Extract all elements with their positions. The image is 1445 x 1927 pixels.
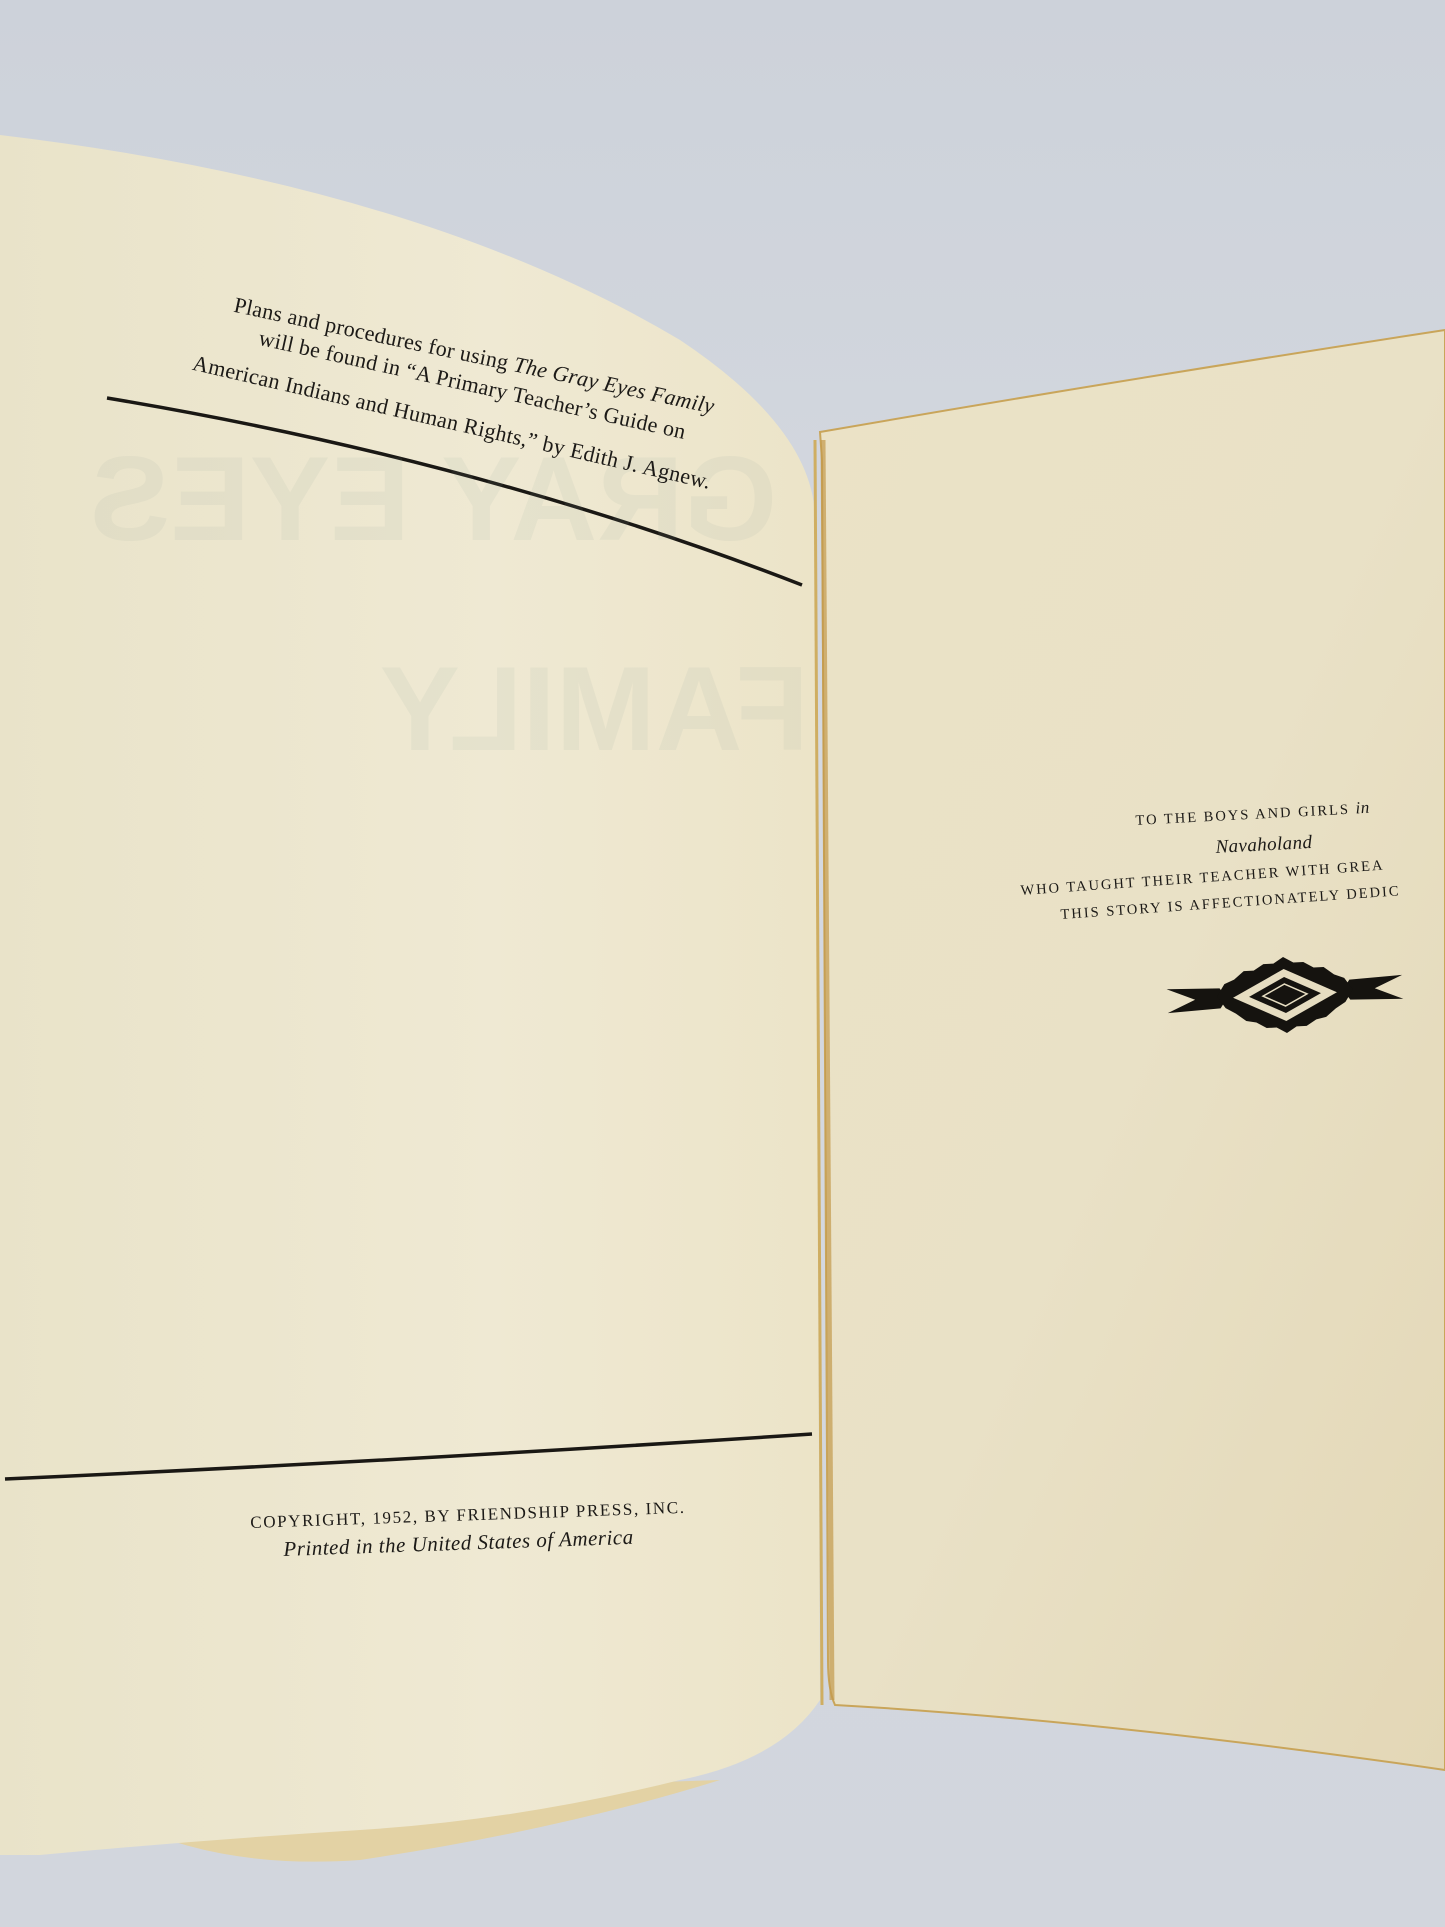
navajo-diamond-ornament-icon — [1165, 955, 1405, 1035]
show-through-text-2: FAMILY — [380, 640, 809, 778]
left-page: GRAY EYES FAMILY Plans and procedures fo… — [0, 0, 830, 1927]
open-book-photo: TO THE BOYS AND GIRLS in Navaholand WHO … — [0, 0, 1445, 1927]
show-through-text-1: GRAY EYES — [90, 430, 777, 568]
left-page-paper — [0, 0, 830, 1927]
